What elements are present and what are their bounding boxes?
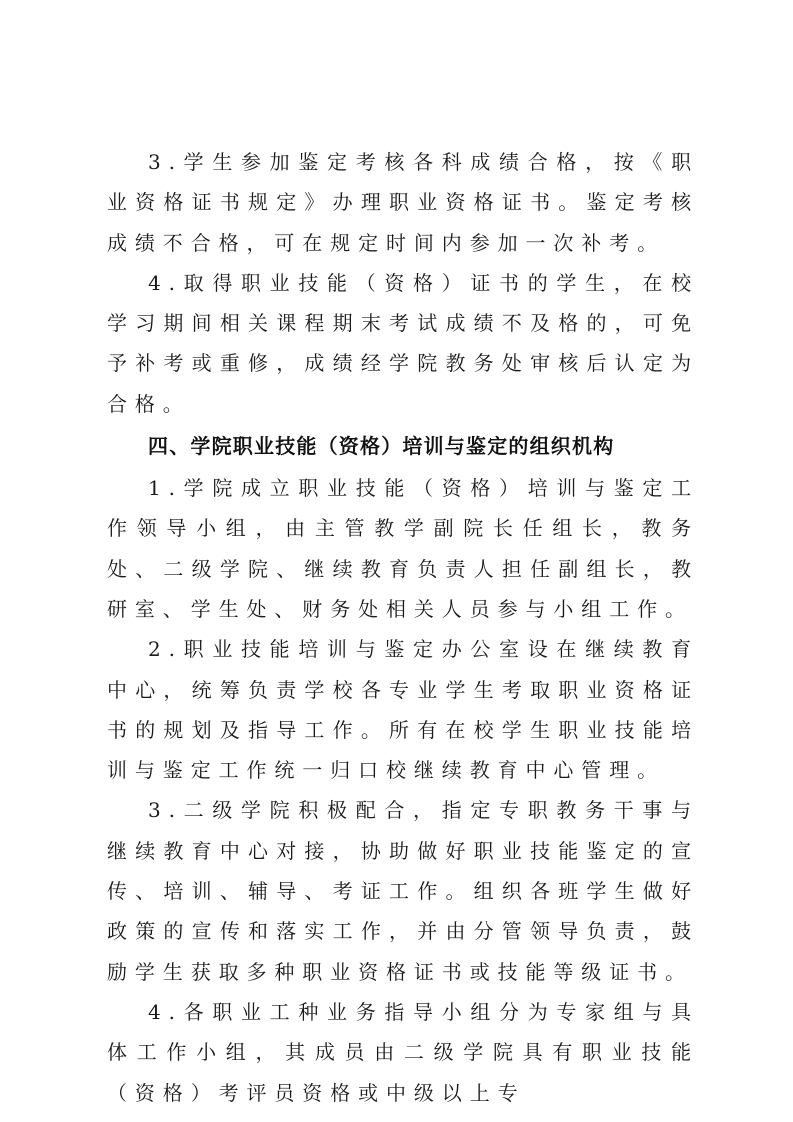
paragraph-item-2-office: 2.职业技能培训与鉴定办公室设在继续教育中心，统筹负责学校各专业学生考取职业资格… (107, 629, 699, 790)
paragraph-item-1-leadership-group: 1.学院成立职业技能（资格）培训与鉴定工作领导小组，由主管教学副院长任组长，教务… (107, 468, 699, 629)
paragraph-item-4-exemption: 4.取得职业技能（资格）证书的学生，在校学习期间相关课程期末考试成绩不及格的，可… (107, 263, 699, 424)
document-page: 3.学生参加鉴定考核各科成绩合格，按《职业资格证书规定》办理职业资格证书。鉴定考… (0, 0, 793, 1122)
paragraph-item-3-certificate: 3.学生参加鉴定考核各科成绩合格，按《职业资格证书规定》办理职业资格证书。鉴定考… (107, 142, 699, 263)
paragraph-item-4-guidance-groups: 4.各职业工种业务指导小组分为专家组与具体工作小组，其成员由二级学院具有职业技能… (107, 992, 699, 1113)
paragraph-item-3-secondary-college: 3.二级学院积极配合，指定专职教务干事与继续教育中心对接，协助做好职业技能鉴定的… (107, 790, 699, 991)
section-heading-organization: 四、学院职业技能（资格）培训与鉴定的组织机构 (107, 426, 699, 466)
document-body: 3.学生参加鉴定考核各科成绩合格，按《职业资格证书规定》办理职业资格证书。鉴定考… (107, 142, 699, 1113)
